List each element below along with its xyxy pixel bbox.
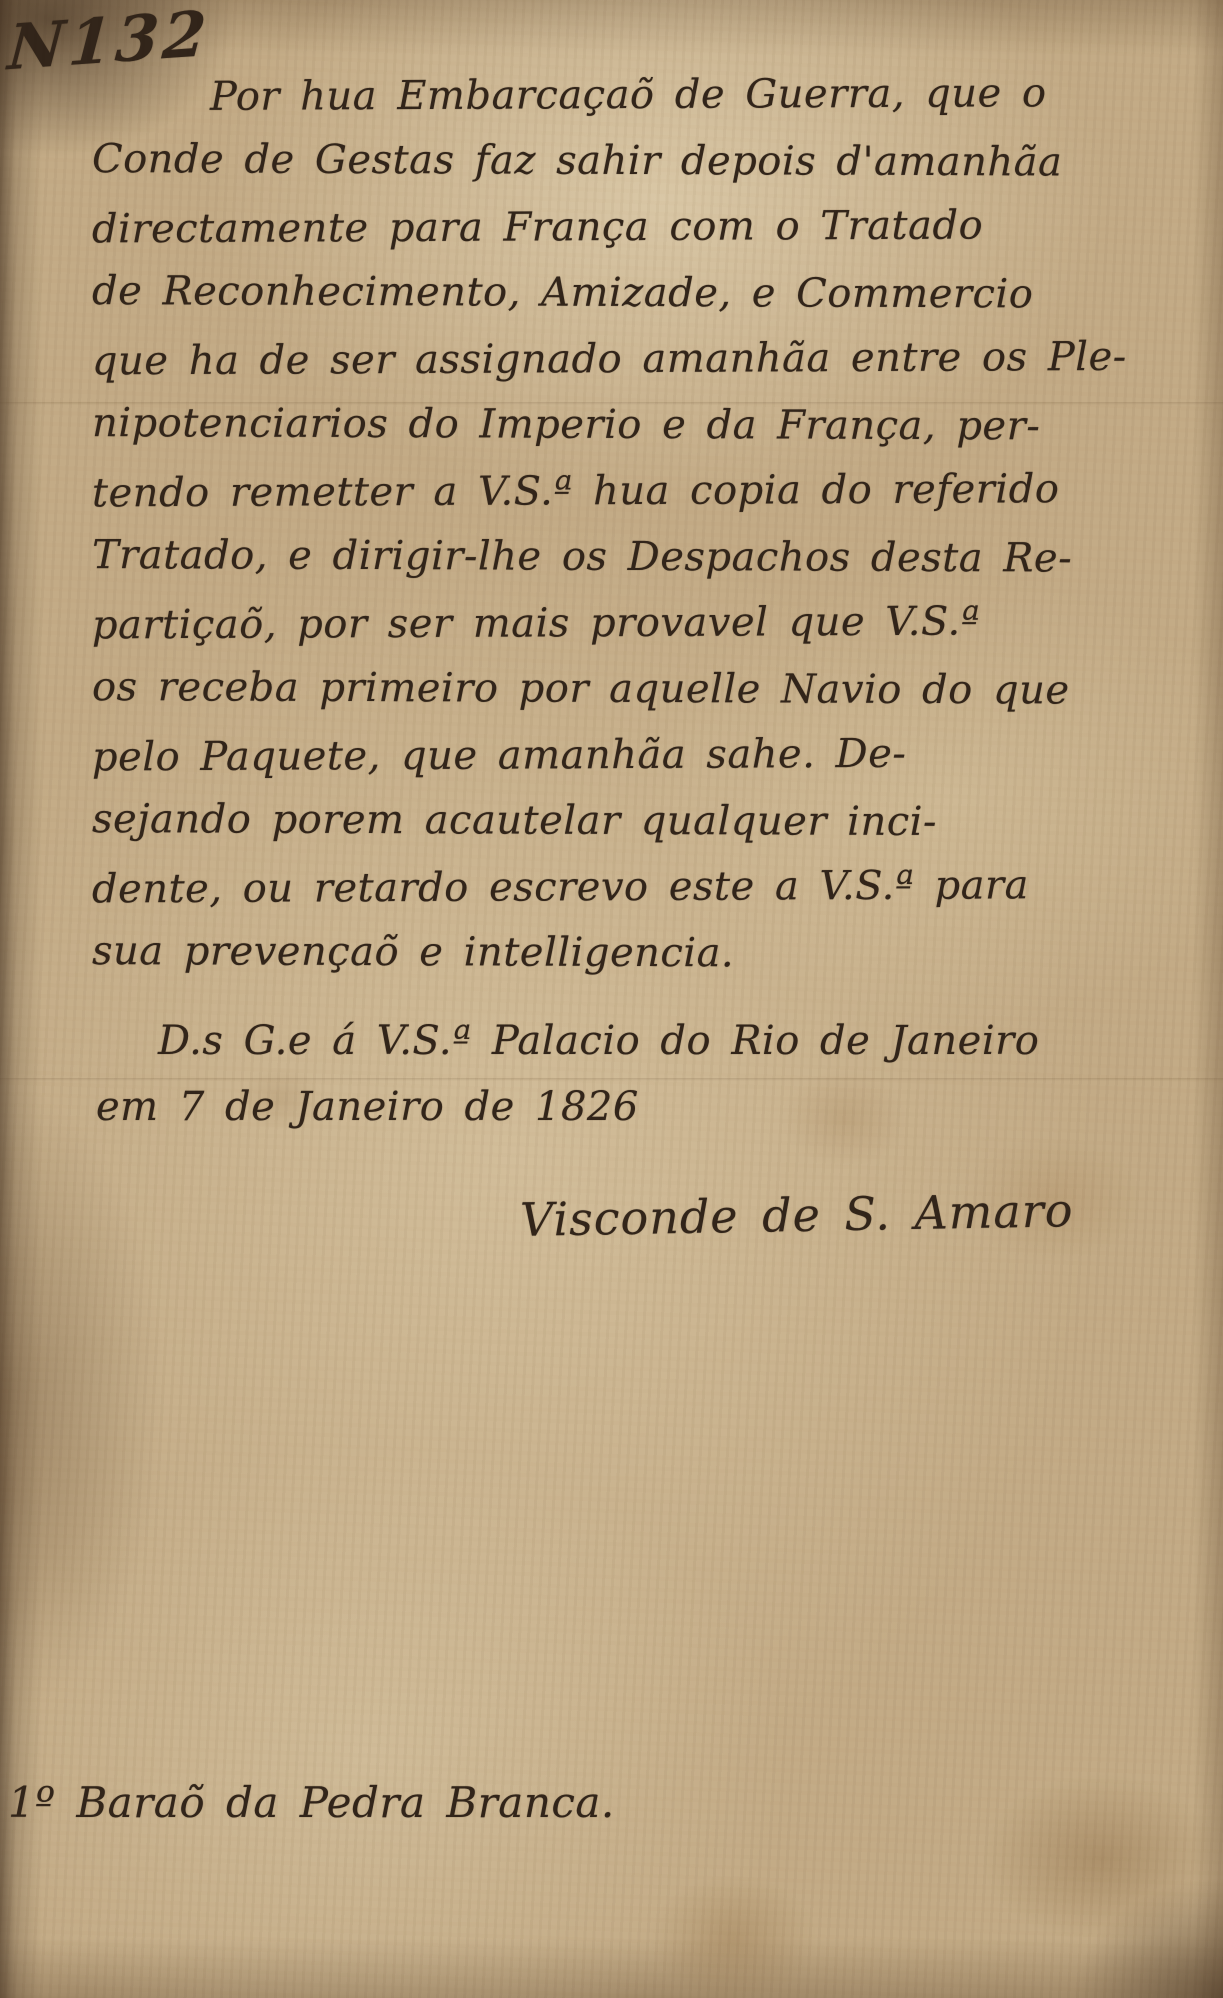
letter-body: Por hua Embarcaçaõ de Guerra, que o Cond… xyxy=(92,62,1197,986)
manuscript-page: N132 Por hua Embarcaçaõ de Guerra, que o… xyxy=(0,0,1223,1998)
signature: Visconde de S. Amaro xyxy=(520,1183,1074,1247)
manuscript-line: sua prevençaõ e intelligencia. xyxy=(92,918,1197,988)
dateline: D.s G.e á V.S.ª Palacio do Rio de Janeir… xyxy=(96,1008,1156,1140)
manuscript-line: que ha de ser assignado amanhãa entre os… xyxy=(92,324,1197,395)
manuscript-line: Conde de Gestas faz sahir depois d'amanh… xyxy=(92,126,1197,196)
manuscript-line: sejando porem acautelar qualquer inci- xyxy=(92,786,1197,856)
manuscript-line: pelo Paquete, que amanhãa sahe. De- xyxy=(92,720,1197,791)
dateline-line: D.s G.e á V.S.ª Palacio do Rio de Janeir… xyxy=(96,1008,1156,1074)
manuscript-line: de Reconhecimento, Amizade, e Commercio xyxy=(92,258,1197,328)
dateline-line: em 7 de Janeiro de 1826 xyxy=(96,1074,1156,1140)
manuscript-line: dente, ou retardo escrevo este a V.S.ª p… xyxy=(92,852,1197,923)
manuscript-line: Por hua Embarcaçaõ de Guerra, que o xyxy=(92,60,1197,131)
addressee: 1º Baraõ da Pedra Branca. xyxy=(8,1778,615,1827)
manuscript-line: os receba primeiro por aquelle Navio do … xyxy=(92,654,1197,724)
manuscript-line: tendo remetter a V.S.ª hua copia do refe… xyxy=(92,456,1197,527)
manuscript-line: partiçaõ, por ser mais provavel que V.S.… xyxy=(92,588,1197,659)
manuscript-line: Tratado, e dirigir-lhe os Despachos dest… xyxy=(92,522,1197,592)
manuscript-line: directamente para França com o Tratado xyxy=(92,192,1197,263)
manuscript-line: nipotenciarios do Imperio e da França, p… xyxy=(92,390,1197,460)
